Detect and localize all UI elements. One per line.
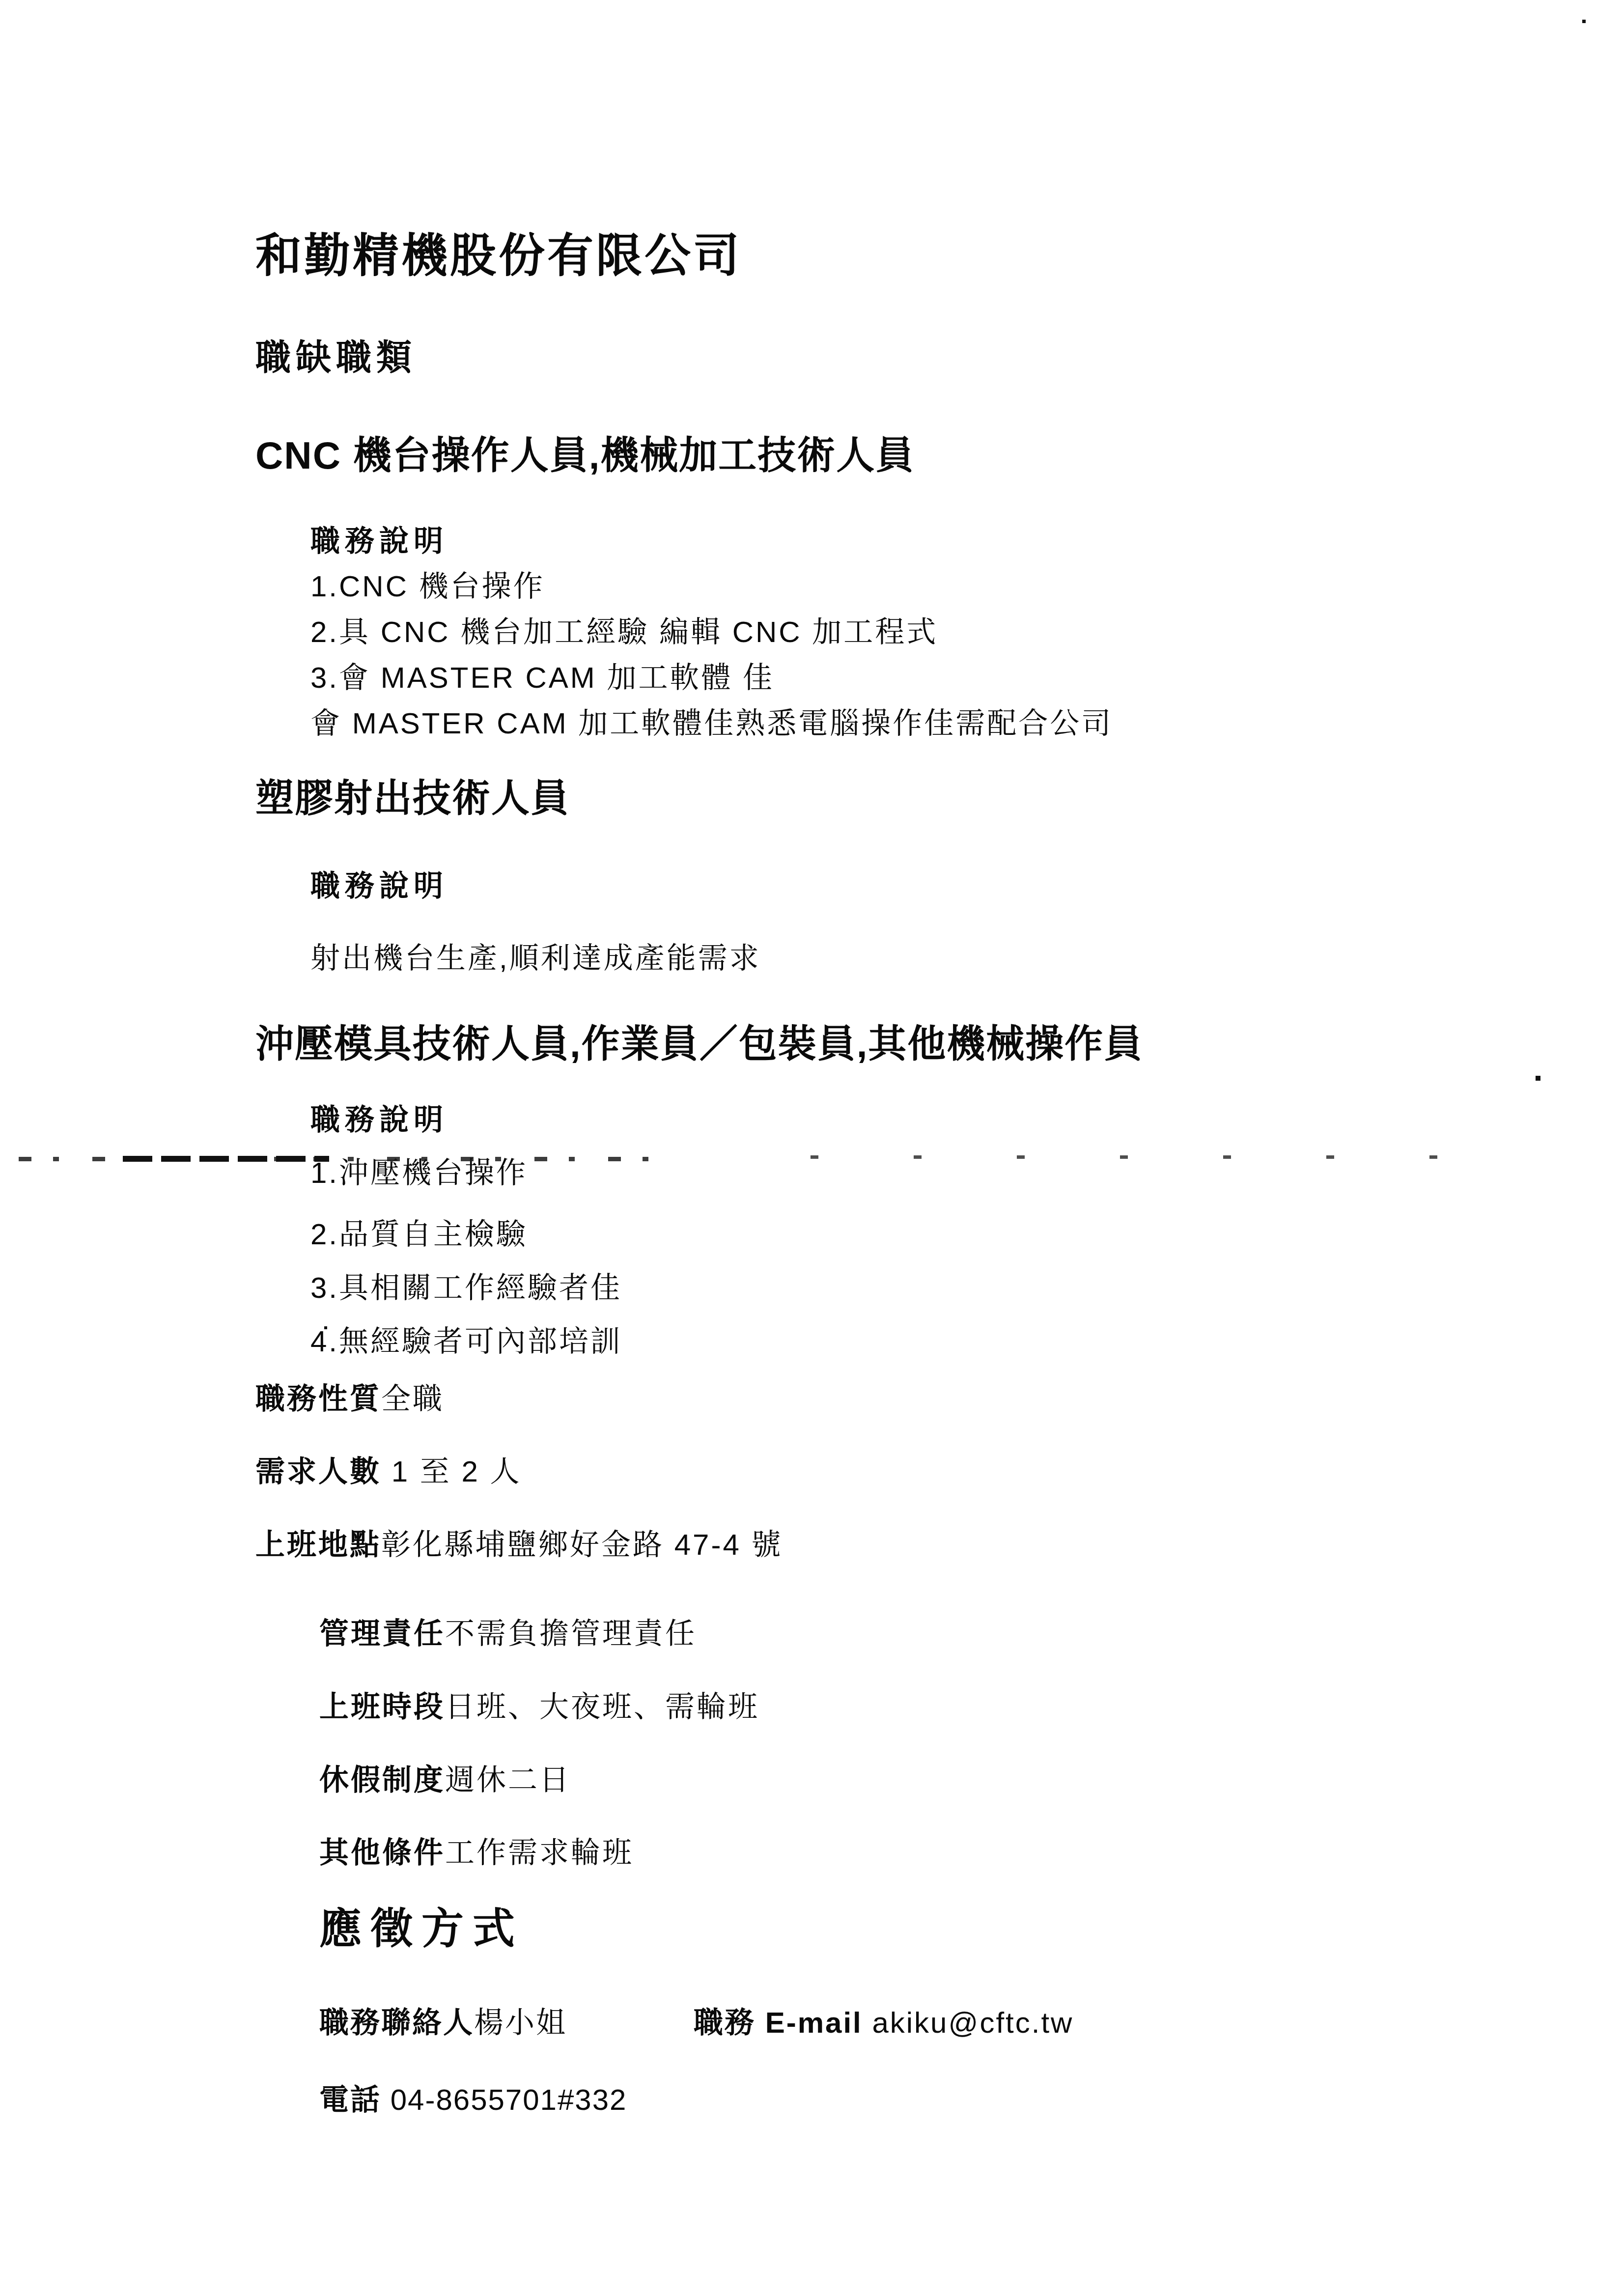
- company-title: 和勤精機股份有限公司: [255, 231, 1564, 281]
- job-description-item: 2.具 CNC 機台加工經驗 編輯 CNC 加工程式: [310, 616, 1564, 648]
- job-description-label: 職務說明: [310, 526, 1564, 558]
- contact-email-label: 職務 E-mail: [694, 2006, 863, 2039]
- attribute-work-shift: 上班時段日班、大夜班、需輪班: [319, 1691, 1564, 1723]
- scan-speck: [1536, 1076, 1540, 1081]
- attribute-label: 管理責任: [319, 1617, 445, 1650]
- attribute-value: 工作需求輪班: [445, 1836, 634, 1869]
- attribute-value: 週休二日: [445, 1764, 571, 1796]
- phone-value: 04-8655701#332: [381, 2083, 627, 2116]
- attribute-work-location: 上班地點彰化縣埔鹽鄉好金路 47-4 號: [255, 1529, 1564, 1561]
- scan-speck: [324, 1326, 327, 1329]
- contact-email-value: akiku@cftc.tw: [863, 2006, 1074, 2039]
- job-title-stamping-mold: 沖壓模具技術人員,作業員／包裝員,其他機械操作員: [255, 1023, 1564, 1064]
- phone-label: 電話: [319, 2083, 381, 2116]
- scanned-job-posting-page: 和勤精機股份有限公司 職缺職類 CNC 機台操作人員,機械加工技術人員 職務說明…: [0, 0, 1623, 2296]
- job-description-item: 2.品質自主檢驗: [310, 1219, 1564, 1251]
- attribute-value: 不需負擔管理責任: [445, 1617, 697, 1650]
- attribute-value: 日班、大夜班、需輪班: [445, 1690, 759, 1723]
- attribute-label: 職務性質: [255, 1382, 381, 1415]
- attribute-job-type: 職務性質全職: [255, 1383, 1564, 1415]
- contact-person-value: 楊小姐: [474, 2006, 567, 2039]
- attribute-other-conditions: 其他條件工作需求輪班: [319, 1837, 1564, 1869]
- apply-method-heading: 應徵方式: [319, 1906, 1564, 1952]
- attribute-label: 休假制度: [319, 1764, 445, 1796]
- scan-speck: [1582, 20, 1586, 23]
- job-title-cnc-operator: CNC 機台操作人員,機械加工技術人員: [255, 435, 1564, 476]
- document-content: 和勤精機股份有限公司 職缺職類 CNC 機台操作人員,機械加工技術人員 職務說明…: [255, 231, 1564, 2116]
- job-description-item: 3.會 MASTER CAM 加工軟體 佳: [310, 662, 1564, 694]
- job-category-heading: 職缺職類: [255, 339, 1564, 377]
- attribute-leave-policy: 休假制度週休二日: [319, 1764, 1564, 1796]
- attribute-headcount: 需求人數 1 至 2 人: [255, 1456, 1564, 1488]
- job-description-label: 職務說明: [310, 870, 1564, 902]
- job-description-item: 1.CNC 機台操作: [310, 571, 1564, 603]
- job-description-item: 射出機台生產,順利達成產能需求: [310, 943, 1564, 975]
- job-description-item: 3.具相關工作經驗者佳: [310, 1272, 1564, 1304]
- job-description-label: 職務說明: [310, 1104, 1564, 1136]
- attribute-label: 上班時段: [319, 1690, 445, 1723]
- contact-row: 職務聯絡人楊小姐職務 E-mail akiku@cftc.tw: [319, 2007, 1564, 2039]
- scan-artifact-dashed-line: [19, 1157, 657, 1161]
- phone-row: 電話 04-8655701#332: [319, 2084, 1564, 2116]
- attribute-value: 1 至 2 人: [381, 1455, 521, 1488]
- job-description-item: 會 MASTER CAM 加工軟體佳熟悉電腦操作佳需配合公司: [310, 708, 1564, 740]
- attribute-value: 全職: [381, 1382, 444, 1415]
- attribute-management-duty: 管理責任不需負擔管理責任: [319, 1618, 1564, 1650]
- attribute-label: 需求人數: [255, 1455, 381, 1488]
- contact-person-label: 職務聯絡人: [319, 2006, 474, 2039]
- job-description-item: 4.無經驗者可內部培訓: [310, 1326, 1564, 1358]
- scan-artifact-dashed-line-dense: [123, 1156, 329, 1162]
- scan-artifact-dashed-line-right: [811, 1155, 1498, 1159]
- attribute-label: 上班地點: [255, 1528, 381, 1561]
- job-title-plastic-injection: 塑膠射出技術人員: [255, 778, 1564, 819]
- job-description-item: 1.沖壓機台操作: [310, 1157, 1564, 1189]
- attribute-value: 彰化縣埔鹽鄉好金路 47-4 號: [381, 1528, 783, 1561]
- attribute-label: 其他條件: [319, 1836, 445, 1869]
